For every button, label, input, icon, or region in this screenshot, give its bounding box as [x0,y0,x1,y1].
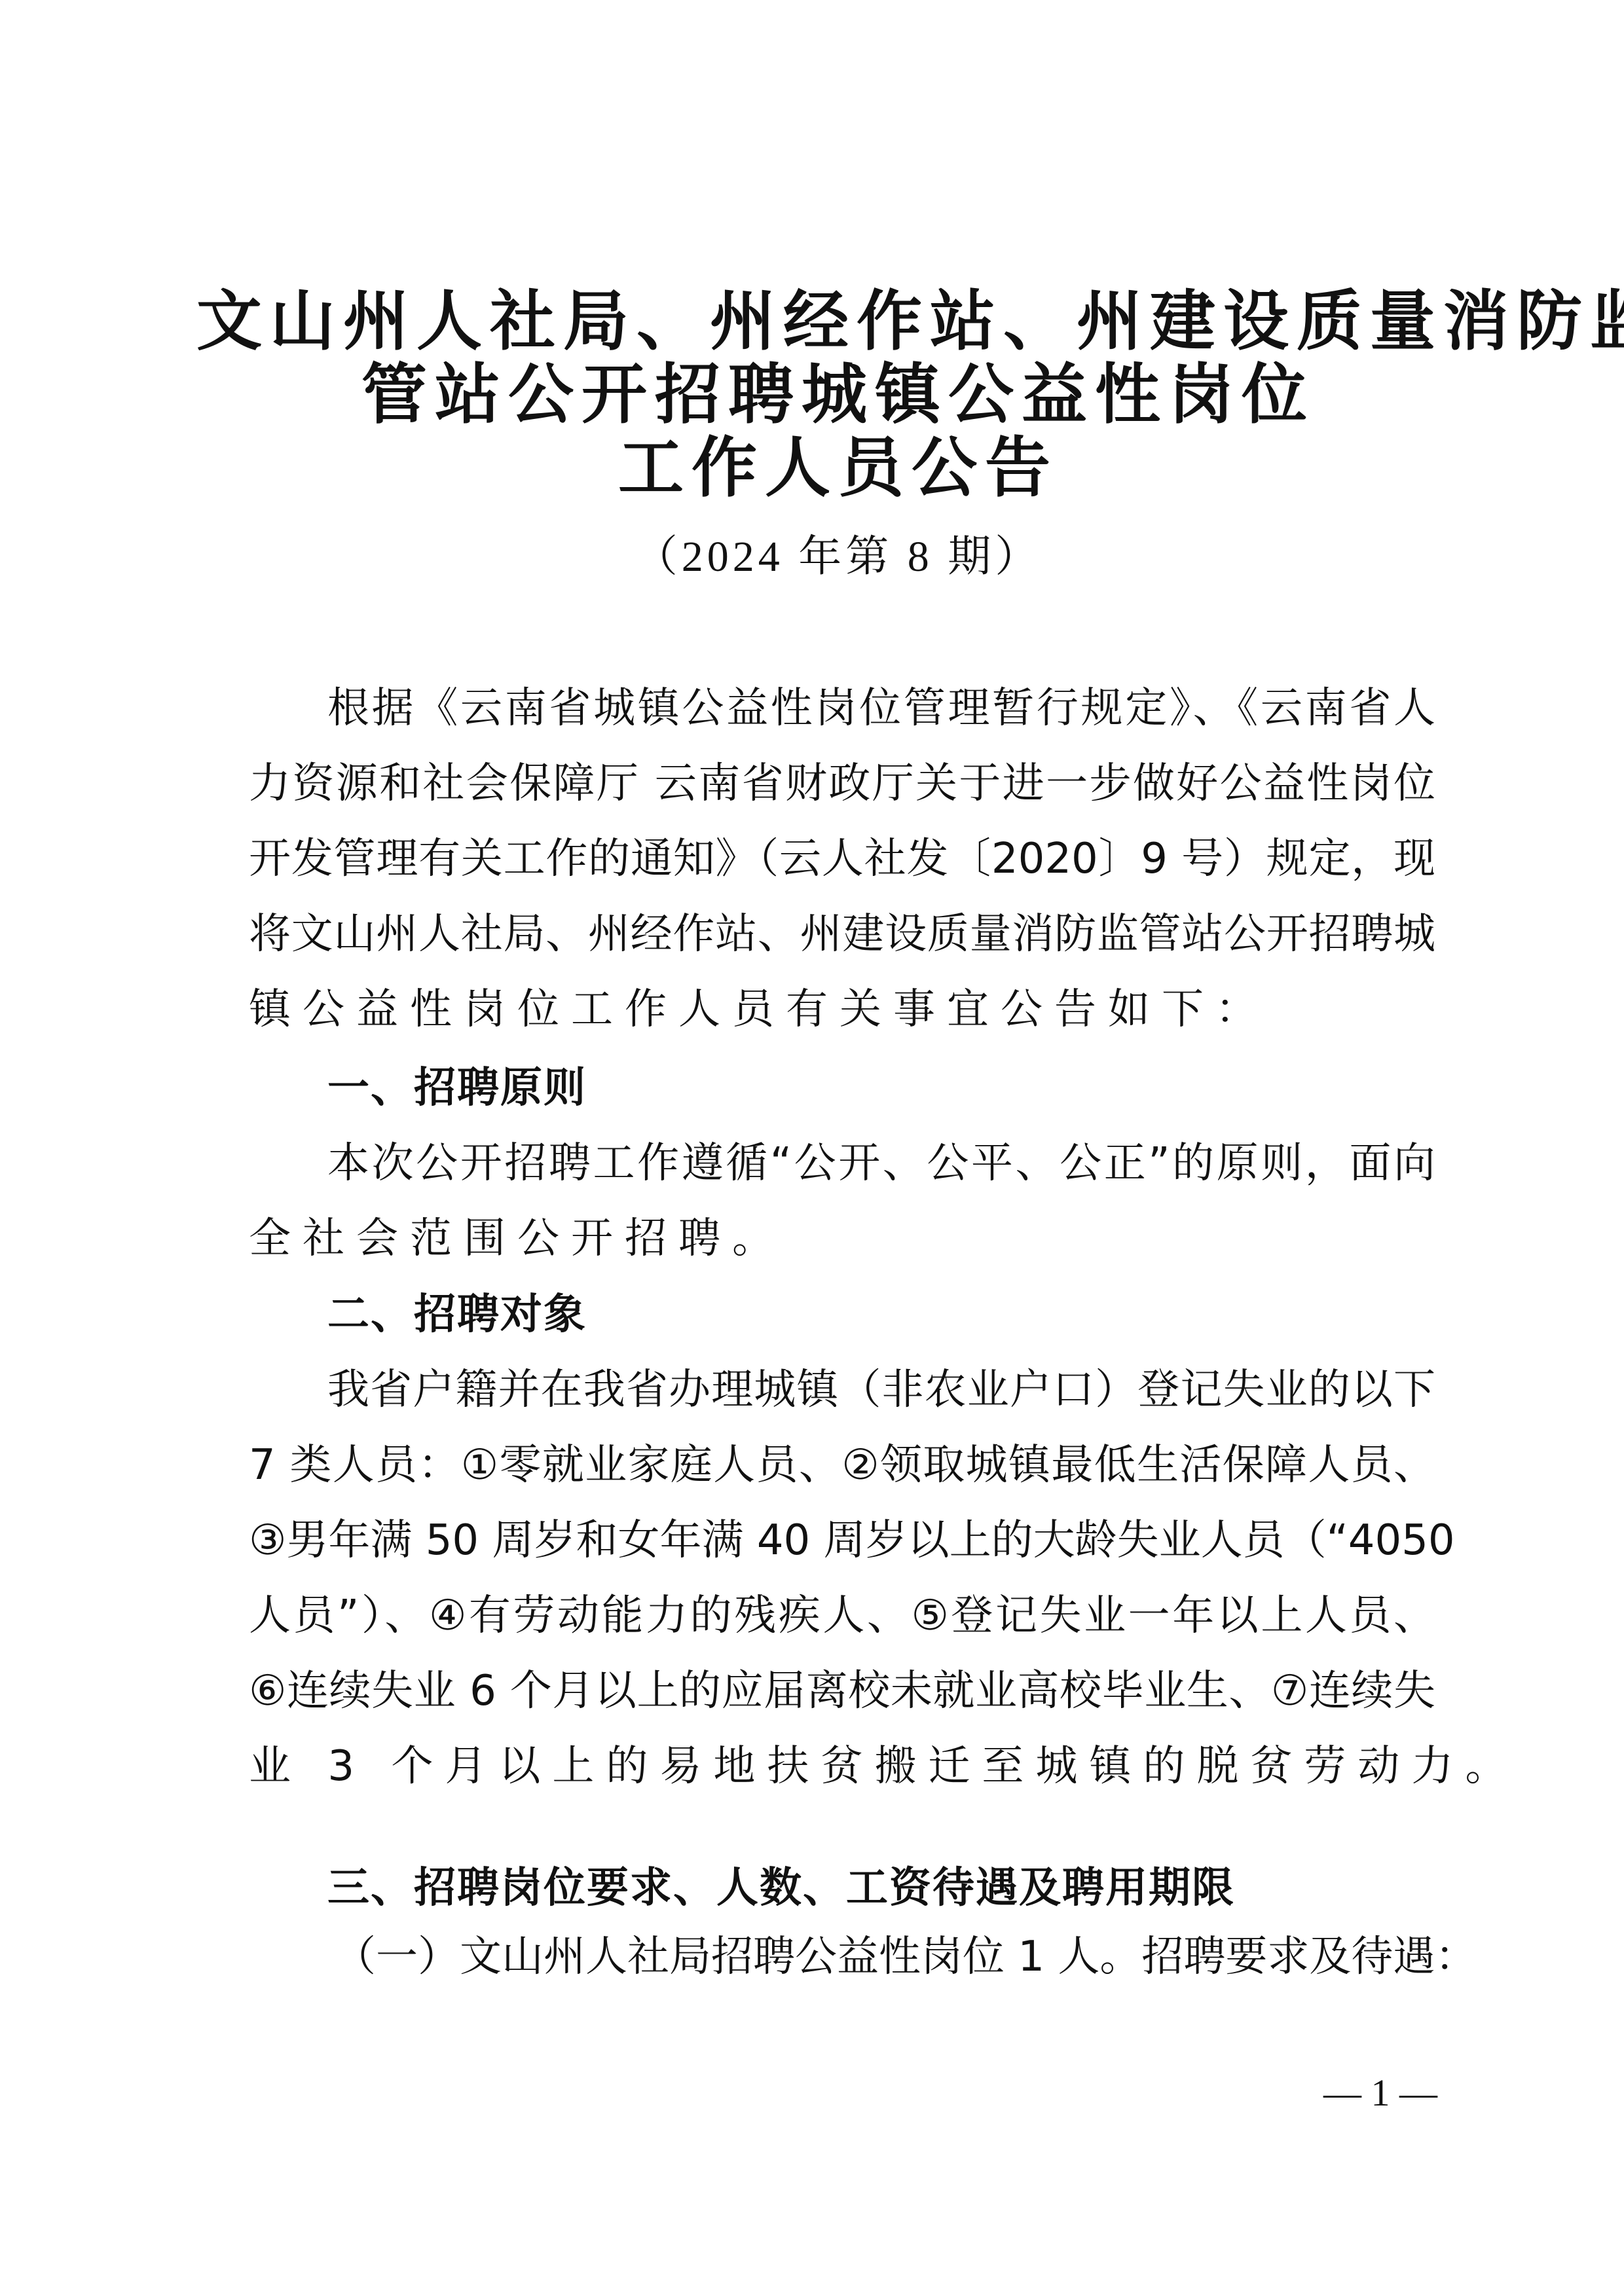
section-paragraph-line: 全社会范围公开招聘。 [249,1218,1435,1260]
intro-paragraph-line: 根据《云南省城镇公益性岗位管理暂行规定》、《云南省人 [327,687,1435,729]
document-title-line-3: 工作人员公告 [196,435,1480,500]
document-page: 文山州人社局、州经作站、州建设质量消防监 管站公开招聘城镇公益性岗位 工作人员公… [0,0,1624,2296]
section-heading-principles: 一、招聘原则 [327,1067,587,1109]
section-paragraph-line: 我省户籍并在我省办理城镇（非农业户口）登记失业的以下 [327,1369,1435,1411]
intro-paragraph-line: 力资源和社会保障厅 云南省财政厅关于进一步做好公益性岗位 [249,763,1435,805]
page-number: — 1 — [1312,2074,1449,2112]
section-paragraph-line: 业 3 个月以上的易地扶贫搬迁至城镇的脱贫劳动力。 [249,1745,1435,1787]
section-heading-positions: 三、招聘岗位要求、人数、工资待遇及聘用期限 [327,1867,1235,1909]
document-title-line-2: 管站公开招聘城镇公益性岗位 [196,361,1480,427]
section-paragraph-line: 本次公开招聘工作遵循“公开、公平、公正”的原则，面向 [327,1142,1435,1184]
section-heading-targets: 二、招聘对象 [327,1294,587,1336]
intro-paragraph-line: 开发管理有关工作的通知》（云人社发〔2020〕9 号）规定，现 [249,838,1435,880]
section-paragraph-line: 7 类人员：①零就业家庭人员、②领取城镇最低生活保障人员、 [249,1444,1435,1486]
section-paragraph-line: ③男年满 50 周岁和女年满 40 周岁以上的大龄失业人员（“4050 [249,1520,1435,1561]
intro-paragraph-line: 镇公益性岗位工作人员有关事宜公告如下： [249,989,1435,1030]
subsection-paragraph-line: （一）文山州人社局招聘公益性岗位 1 人。招聘要求及待遇： [334,1936,1435,1978]
section-paragraph-line: ⑥连续失业 6 个月以上的应届离校未就业高校毕业生、⑦连续失 [249,1670,1435,1712]
section-paragraph-line: 人员”）、④有劳动能力的残疾人、⑤登记失业一年以上人员、 [249,1595,1435,1637]
intro-paragraph-line: 将文山州人社局、州经作站、州建设质量消防监管站公开招聘城 [249,913,1435,955]
issue-number: （2024 年第 8 期） [196,536,1480,579]
document-title-line-1: 文山州人社局、州经作站、州建设质量消防监 [196,288,1480,354]
